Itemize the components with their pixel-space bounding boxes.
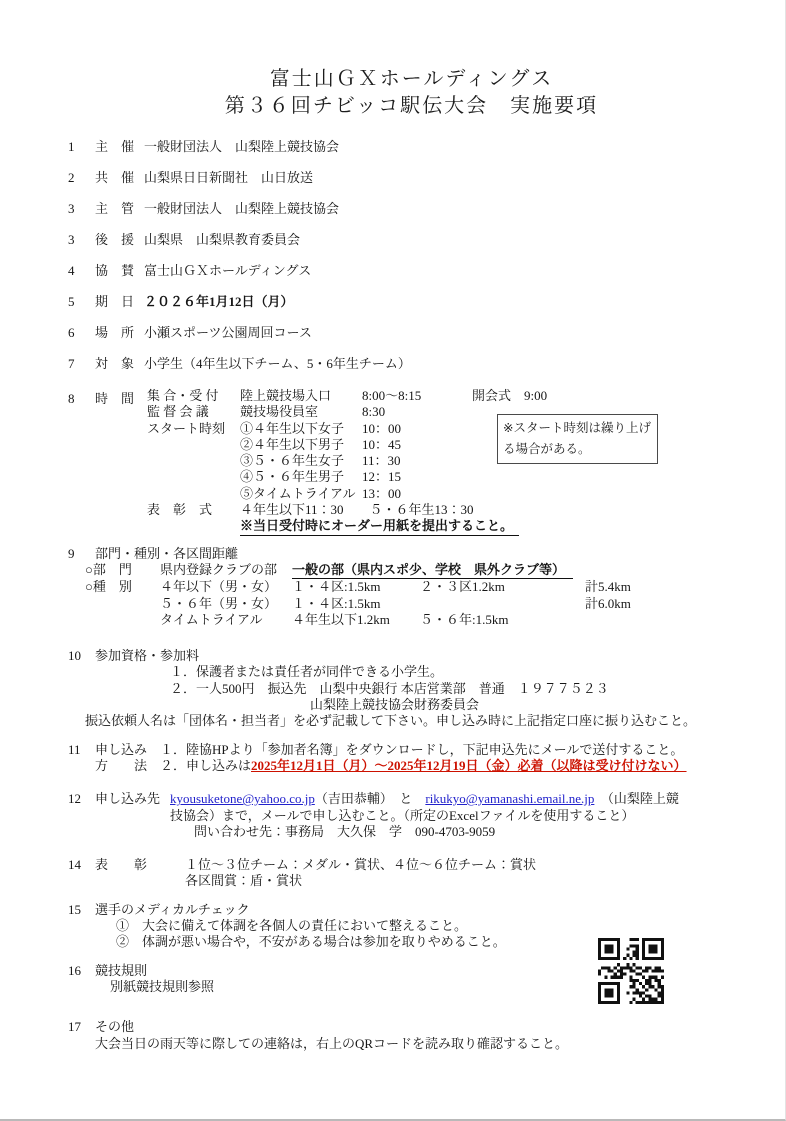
schedule-cell: 8:30 — [362, 404, 472, 420]
schedule-table: 集 合・受 付陸上競技場入口8:00～8:15開会式 9:00 監 督 会 議競… — [147, 388, 755, 536]
item-label: 場 所 — [95, 326, 144, 340]
item-number: 12 — [68, 791, 95, 807]
transfer-note: 振込依頼人名は「団体名・担当者」を必ず記載して下さい。申し込み時に上記指定口座に… — [85, 713, 755, 729]
section-heading: 参加資格・参加料 — [95, 648, 199, 663]
medical-line1: ① 大会に備えて体調を各個人の責任において整えること。 — [116, 918, 755, 934]
other-line1: 大会当日の雨天等に際しての連絡は，右上のQRコードを読み取り確認すること。 — [95, 1036, 755, 1052]
awards-label: 表 彰 式 — [147, 502, 240, 518]
item-shukan: 3主 管一般財団法人 山梨陸上競技協会 — [68, 202, 755, 216]
division-cell — [420, 596, 585, 612]
other-heading-row: 17その他 — [68, 1019, 755, 1035]
method-label2: 方 法 — [95, 758, 160, 774]
shubetsu-row: タイムトライアル４年生以下1.2km５・６年:1.5km — [85, 612, 755, 628]
schedule-cell: 10：00 — [362, 421, 472, 437]
section-heading: その他 — [95, 1019, 134, 1034]
section-heading: 部門・種別・各区間距離 — [95, 546, 238, 561]
application-row1: 11申し込み１．陸協HPより「参加者名簿」をダウンロードし，下記申込先にメールで… — [68, 742, 755, 758]
schedule-row: 集 合・受 付陸上競技場入口8:00～8:15開会式 9:00 — [147, 388, 755, 404]
item-number: 5 — [68, 295, 95, 309]
title-line2: 第３６回チビッコ駅伝大会 実施要項 — [68, 93, 755, 120]
title-line1: 富士山ＧＸホールディングス — [68, 66, 755, 93]
section-heading: 競技規則 — [95, 963, 147, 978]
item-koen: 3後 援山梨県 山梨県教育委員会 — [68, 233, 755, 247]
medical-heading-row: 15選手のメディカルチェック — [68, 902, 755, 918]
item-kyosai: 2共 催山梨県日日新聞社 山日放送 — [68, 171, 755, 185]
schedule-row: ③５・６年生女子11：30 — [147, 453, 755, 469]
division-cell: １・４区:1.5km — [292, 596, 420, 612]
item-number: 1 — [68, 140, 95, 154]
item-label: 主 催 — [95, 140, 144, 154]
item-label: 主 管 — [95, 202, 144, 216]
email-link-1[interactable]: kyousuketone@yahoo.co.jp — [170, 791, 315, 807]
qr-code-icon — [598, 938, 664, 1004]
division-cell: ４年生以下1.2km — [292, 612, 420, 628]
schedule-cell: 10：45 — [362, 437, 472, 453]
eligibility-line1: １．保護者または責任者が同伴できる小学生。 — [170, 664, 755, 680]
schedule-row: 監 督 会 議競技場役員室8:30 — [147, 404, 755, 420]
eligibility-line2: ２．一人500円 振込先 山梨中央銀行 本店営業部 普通 １９７７５２３ — [170, 681, 755, 697]
item-number: 3 — [68, 202, 95, 216]
document-title: 富士山ＧＸホールディングス 第３６回チビッコ駅伝大会 実施要項 — [68, 0, 755, 120]
awards-ceremony-row: 表 彰 式４年生以下11：30 ５・６年生13：30 — [147, 502, 755, 518]
document-page: 富士山ＧＸホールディングス 第３６回チビッコ駅伝大会 実施要項 1主 催一般財団… — [0, 0, 786, 1121]
section-awards: 14表 彰１位～３位チーム：メダル・賞状、４位～６位チーム：賞状 各区間賞：盾・… — [68, 857, 755, 890]
schedule-cell: ②４年生以下男子 — [240, 437, 362, 453]
item-number: 14 — [68, 857, 95, 873]
order-sheet-note: ※当日受付時にオーダー用紙を提出すること。 — [240, 518, 519, 535]
item-kyosan: 4協 賛富士山ＧＸホールディングス — [68, 264, 755, 278]
item-kijitsu: 5期 日２０２６年1月12日（月） — [68, 295, 755, 309]
item-number: 8 — [68, 391, 95, 407]
item-label: 共 催 — [95, 171, 144, 185]
division-total: 計5.4km — [585, 579, 631, 595]
shubetsu-label: ○種 別 — [85, 579, 160, 595]
contact-phone-line: 問い合わせ先：事務局 大久保 学 090-4703-9059 — [194, 824, 755, 840]
item-number: 9 — [68, 546, 95, 562]
item-number: 6 — [68, 326, 95, 340]
item-taisho: 7対 象小学生（4年生以下チーム、5・6年生チーム） — [68, 357, 755, 371]
section-divisions: 9部門・種別・各区間距離 ○部 門県内登録クラブの部一般の部（県内スポ少、学校 … — [68, 546, 755, 628]
division-cell: １・４区:1.5km — [292, 579, 420, 595]
section-application-method: 11申し込み１．陸協HPより「参加者名簿」をダウンロードし，下記申込先にメールで… — [68, 742, 755, 775]
section-heading: 選手のメディカルチェック — [95, 902, 250, 917]
order-sheet-note-row: ※当日受付時にオーダー用紙を提出すること。 — [147, 518, 755, 535]
awards-times: ４年生以下11：30 ５・６年生13：30 — [240, 502, 474, 518]
eligibility-heading-row: 10参加資格・参加料 — [68, 648, 755, 664]
schedule-cell: ④５・６年生男子 — [240, 469, 362, 485]
item-number: 16 — [68, 963, 95, 979]
method-label1: 申し込み — [95, 742, 160, 758]
division-cell: ５・６年:1.5km — [420, 612, 585, 628]
start-time-note: ※スタート時刻は繰り上げる場合がある。 — [503, 421, 651, 456]
bumon-club: 県内登録クラブの部 — [160, 562, 292, 579]
schedule-cell: 8:00～8:15 — [362, 388, 472, 404]
spacer — [68, 758, 95, 774]
division-cell: ４年以下（男・女） — [160, 579, 292, 595]
schedule-head: 8時 間 — [68, 388, 144, 407]
schedule-cell — [147, 437, 240, 453]
schedule-cell: スタート時刻 — [147, 421, 240, 437]
item-label: 対 象 — [95, 357, 144, 371]
schedule-row: ⑤タイムトライアル13：00 — [147, 486, 755, 502]
item-text: 山梨県 山梨県教育委員会 — [144, 232, 300, 247]
schedule-cell — [147, 486, 240, 502]
item-text: 小学生（4年生以下チーム、5・6年生チーム） — [144, 356, 411, 371]
contact-after-email1: （吉田恭輔） と — [315, 791, 426, 807]
section-other: 17その他 大会当日の雨天等に際しての連絡は，右上のQRコードを読み取り確認する… — [68, 1019, 755, 1052]
document-content: 富士山ＧＸホールディングス 第３６回チビッコ駅伝大会 実施要項 1主 催一般財団… — [68, 0, 755, 1052]
division-cell: ５・６年（男・女） — [160, 596, 292, 612]
awards-line2: 各区間賞：盾・賞状 — [185, 873, 755, 889]
schedule-row: スタート時刻①４年生以下女子10：00 — [147, 421, 755, 437]
schedule-cell: 開会式 9:00 — [472, 388, 547, 404]
item-number: 15 — [68, 902, 95, 918]
item-shusai: 1主 催一般財団法人 山梨陸上競技協会 — [68, 140, 755, 154]
item-text: 小瀬スポーツ公園周回コース — [144, 325, 312, 340]
schedule-cell: 集 合・受 付 — [147, 388, 240, 404]
schedule-cell: 11：30 — [362, 453, 472, 469]
bumon-general: 一般の部（県内スポ少、学校 県外クラブ等） — [292, 562, 573, 579]
contact-label: 申し込み先 — [95, 791, 170, 807]
item-text: 山梨県日日新聞社 山日放送 — [144, 170, 313, 185]
item-label: 後 援 — [95, 233, 144, 247]
item-label: 協 賛 — [95, 264, 144, 278]
division-cell: タイムトライアル — [160, 612, 292, 628]
contact-after-email2: （山梨陸上競 — [594, 791, 679, 807]
section-application-contact: 12申し込み先kyousuketone@yahoo.co.jp（吉田恭輔） と … — [68, 791, 755, 840]
item-number: 10 — [68, 648, 95, 664]
schedule-cell: 13：00 — [362, 486, 472, 502]
schedule-cell: ⑤タイムトライアル — [240, 486, 362, 502]
item-label: 時 間 — [95, 388, 144, 407]
item-text: 一般財団法人 山梨陸上競技協会 — [144, 201, 339, 216]
item-number: 4 — [68, 264, 95, 278]
item-number: 7 — [68, 357, 95, 371]
schedule-cell: 監 督 会 議 — [147, 404, 240, 420]
spacer — [85, 596, 160, 612]
schedule-cell: ③５・６年生女子 — [240, 453, 362, 469]
awards-line1: １位～３位チーム：メダル・賞状、４位～６位チーム：賞状 — [185, 857, 536, 873]
schedule-row: ④５・６年生男子12：15 — [147, 469, 755, 485]
divisions-heading-row: 9部門・種別・各区間距離 — [68, 546, 755, 562]
shubetsu-row: ○種 別４年以下（男・女）１・４区:1.5km２・３区1.2km計5.4km — [85, 579, 755, 595]
item-label: 期 日 — [95, 295, 144, 309]
schedule-cell — [147, 453, 240, 469]
application-line1: １．陸協HPより「参加者名簿」をダウンロードし，下記申込先にメールで送付すること… — [160, 742, 683, 758]
schedule-cell — [147, 469, 240, 485]
bumon-label: ○部 門 — [85, 562, 160, 579]
item-text: 富士山ＧＸホールディングス — [144, 263, 311, 278]
awards-row1: 14表 彰１位～３位チーム：メダル・賞状、４位～６位チーム：賞状 — [68, 857, 755, 873]
section-eligibility: 10参加資格・参加料 １．保護者または責任者が同伴できる小学生。 ２．一人500… — [68, 648, 755, 729]
eligibility-line3: 山梨陸上競技協会財務委員会 — [310, 697, 755, 713]
item-number: 2 — [68, 171, 95, 185]
start-time-note-box: ※スタート時刻は繰り上げる場合がある。 — [497, 414, 658, 464]
schedule-row: ②４年生以下男子10：45 — [147, 437, 755, 453]
awards-label: 表 彰 — [95, 857, 185, 873]
basic-info-list: 1主 催一般財団法人 山梨陸上競技協会 2共 催山梨県日日新聞社 山日放送 3主… — [68, 140, 755, 371]
schedule-cell: 競技場役員室 — [240, 404, 362, 420]
application-deadline: 2025年12月1日（月）～2025年12月19日（金）必着（以降は受け付けない… — [251, 758, 687, 774]
bumon-row: ○部 門県内登録クラブの部一般の部（県内スポ少、学校 県外クラブ等） — [85, 562, 755, 579]
item-number: 17 — [68, 1019, 95, 1035]
item-number: 3 — [68, 233, 95, 247]
spacer — [147, 518, 240, 535]
application-line2-prefix: ２．申し込みは — [160, 758, 251, 774]
schedule-cell: 陸上競技場入口 — [240, 388, 362, 404]
division-cell: ２・３区1.2km — [420, 579, 585, 595]
schedule-cell: 12：15 — [362, 469, 472, 485]
spacer — [85, 612, 160, 628]
item-basho: 6場 所小瀬スポーツ公園周回コース — [68, 326, 755, 340]
application-row2: 方 法２．申し込みは2025年12月1日（月）～2025年12月19日（金）必着… — [68, 758, 755, 774]
event-date: ２０２６年1月12日（月） — [144, 294, 294, 309]
item-text: 一般財団法人 山梨陸上競技協会 — [144, 139, 339, 154]
schedule-cell: ①４年生以下女子 — [240, 421, 362, 437]
division-total: 計6.0km — [585, 596, 631, 612]
contact-line2: 技協会）まで，メールで申し込むこと。（所定のExcelファイルを使用すること） — [170, 808, 755, 824]
contact-row1: 12申し込み先kyousuketone@yahoo.co.jp（吉田恭輔） と … — [68, 791, 755, 807]
shubetsu-row: ５・６年（男・女）１・４区:1.5km計6.0km — [85, 596, 755, 612]
email-link-2[interactable]: rikukyo@yamanashi.email.ne.jp — [425, 791, 594, 807]
item-number: 11 — [68, 742, 95, 758]
